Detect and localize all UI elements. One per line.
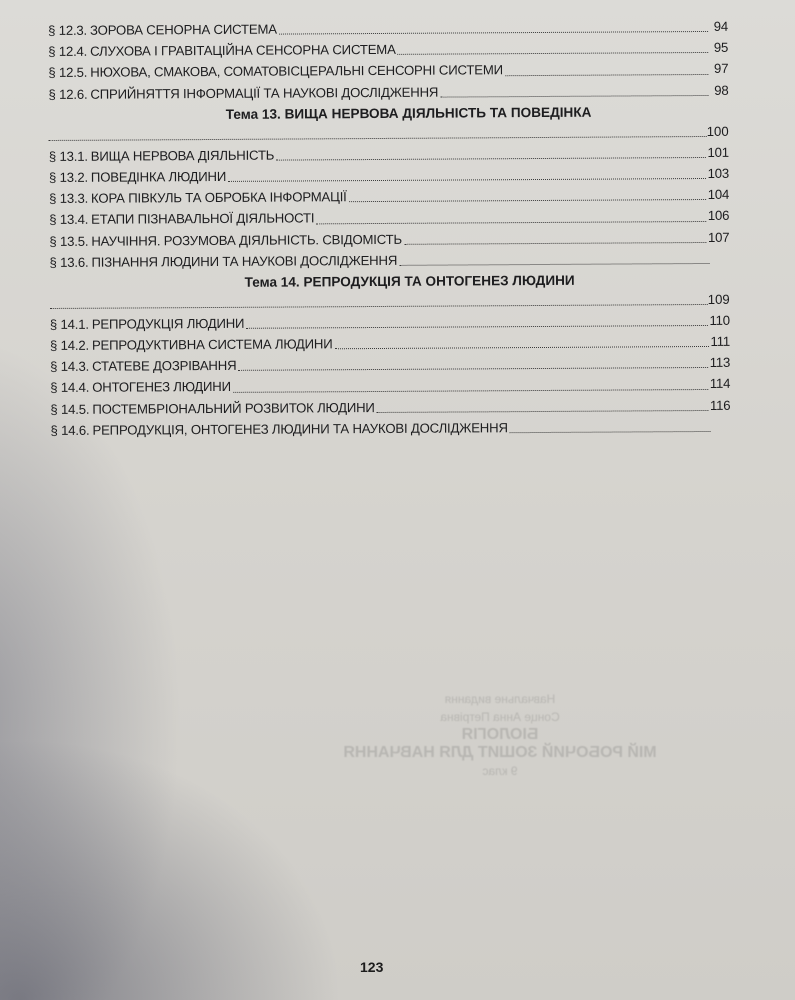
section-number: § 13.1.: [49, 146, 88, 167]
dot-leader: [50, 303, 708, 309]
section-page: 104: [708, 184, 730, 205]
toc-entry: § 14.6.РЕПРОДУКЦІЯ, ОНТОГЕНЕЗ ЛЮДИНИ ТА …: [50, 416, 730, 441]
section-title: РЕПРОДУКЦІЯ ЛЮДИНИ: [89, 313, 245, 335]
dot-leader: [440, 94, 708, 98]
bleed-line: МІЙ РОБОЧИЙ ЗОШИТ ДЛЯ НАВЧАННЯ: [290, 744, 710, 762]
bleed-line: Сонце Анна Петрівна: [290, 708, 710, 726]
section-number: § 14.2.: [50, 335, 89, 356]
section-number: § 14.5.: [50, 398, 89, 419]
section-title: РЕПРОДУКТИВНА СИСТЕМА ЛЮДИНИ: [89, 333, 333, 355]
dot-leader: [404, 241, 706, 245]
bleed-line: Навчальне видання: [290, 690, 710, 708]
bleed-line: БІОЛОГІЯ: [290, 726, 710, 744]
section-page: 97: [710, 58, 728, 79]
section-number: § 12.5.: [48, 62, 87, 83]
bleed-through-text: Навчальне видання Сонце Анна Петрівна БІ…: [290, 690, 710, 780]
section-page: 94: [710, 16, 728, 37]
dot-leader: [399, 262, 709, 266]
dot-leader: [49, 135, 707, 141]
section-number: § 12.6.: [48, 83, 87, 104]
section-page: 106: [708, 205, 730, 226]
section-number: § 13.4.: [49, 209, 88, 230]
dot-leader: [349, 198, 706, 202]
table-of-contents: § 12.3.ЗОРОВА СЕНОРНА СИСТЕМА94§ 12.4.СЛ…: [48, 16, 731, 441]
dot-leader: [316, 219, 705, 223]
dot-leader: [238, 366, 707, 371]
page-number: 123: [360, 959, 383, 975]
section-page: 95: [710, 37, 728, 58]
dot-leader: [335, 345, 709, 349]
section-title: ОНТОГЕНЕЗ ЛЮДИНИ: [89, 376, 231, 398]
dot-leader: [279, 30, 708, 35]
section-page: 110: [709, 310, 730, 331]
section-title: СТАТЕВЕ ДОЗРІВАННЯ: [89, 355, 236, 377]
book-page: § 12.3.ЗОРОВА СЕНОРНА СИСТЕМА94§ 12.4.СЛ…: [0, 0, 795, 1000]
section-number: § 12.3.: [48, 20, 87, 41]
section-title: ПОСТЕМБРІОНАЛЬНИЙ РОЗВИТОК ЛЮДИНИ: [89, 397, 374, 420]
section-number: § 14.4.: [50, 377, 89, 398]
dot-leader: [398, 51, 709, 55]
section-page: 98: [710, 79, 728, 100]
section-number: § 13.3.: [49, 188, 88, 209]
section-title: ЗОРОВА СЕНОРНА СИСТЕМА: [87, 19, 277, 41]
section-title: НЮХОВА, СМАКОВА, СОМАТОВІСЦЕРАЛЬНІ СЕНСО…: [87, 60, 503, 84]
section-page: 116: [710, 394, 731, 415]
section-title: КОРА ПІВКУЛЬ ТА ОБРОБКА ІНФОРМАЦІЇ: [88, 186, 347, 209]
dot-leader: [228, 177, 705, 182]
section-page: 101: [707, 142, 729, 163]
dot-leader: [505, 73, 708, 76]
section-page: 107: [708, 226, 730, 247]
section-title: СПРИЙНЯТТЯ ІНФОРМАЦІЇ ТА НАУКОВІ ДОСЛІДЖ…: [87, 81, 438, 104]
section-number: § 13.5.: [49, 230, 88, 251]
section-number: § 12.4.: [48, 41, 87, 62]
section-number: § 13.6.: [49, 251, 88, 272]
section-title: ВИЩА НЕРВОВА ДІЯЛЬНІСТЬ: [88, 144, 275, 166]
theme-page: 100: [707, 122, 729, 142]
section-number: § 14.1.: [50, 314, 89, 335]
dot-leader: [233, 388, 708, 393]
section-page: 114: [710, 373, 731, 394]
dot-leader: [276, 156, 705, 161]
section-title: ПІЗНАННЯ ЛЮДИНИ ТА НАУКОВІ ДОСЛІДЖЕННЯ: [88, 250, 397, 273]
section-number: § 14.6.: [50, 420, 89, 441]
bleed-line: 9 клас: [290, 762, 710, 780]
theme-page: 109: [708, 290, 730, 310]
section-title: НАУЧІННЯ. РОЗУМОВА ДІЯЛЬНІСТЬ. СВІДОМІСТ…: [88, 228, 402, 251]
dot-leader: [510, 430, 711, 433]
dot-leader: [377, 409, 708, 413]
section-title: РЕПРОДУКЦІЯ, ОНТОГЕНЕЗ ЛЮДИНИ ТА НАУКОВІ…: [89, 417, 507, 441]
section-page: 111: [710, 331, 730, 352]
section-title: ЕТАПИ ПІЗНАВАЛЬНОЇ ДІЯЛЬНОСТІ: [88, 208, 314, 230]
section-page: 113: [710, 352, 731, 373]
section-number: § 13.2.: [49, 167, 88, 188]
section-number: § 14.3.: [50, 356, 89, 377]
section-page: 103: [707, 163, 729, 184]
section-title: СЛУХОВА І ГРАВІТАЦІЙНА СЕНСОРНА СИСТЕМА: [87, 39, 396, 62]
dot-leader: [246, 324, 707, 329]
section-title: ПОВЕДІНКА ЛЮДИНИ: [88, 166, 226, 188]
